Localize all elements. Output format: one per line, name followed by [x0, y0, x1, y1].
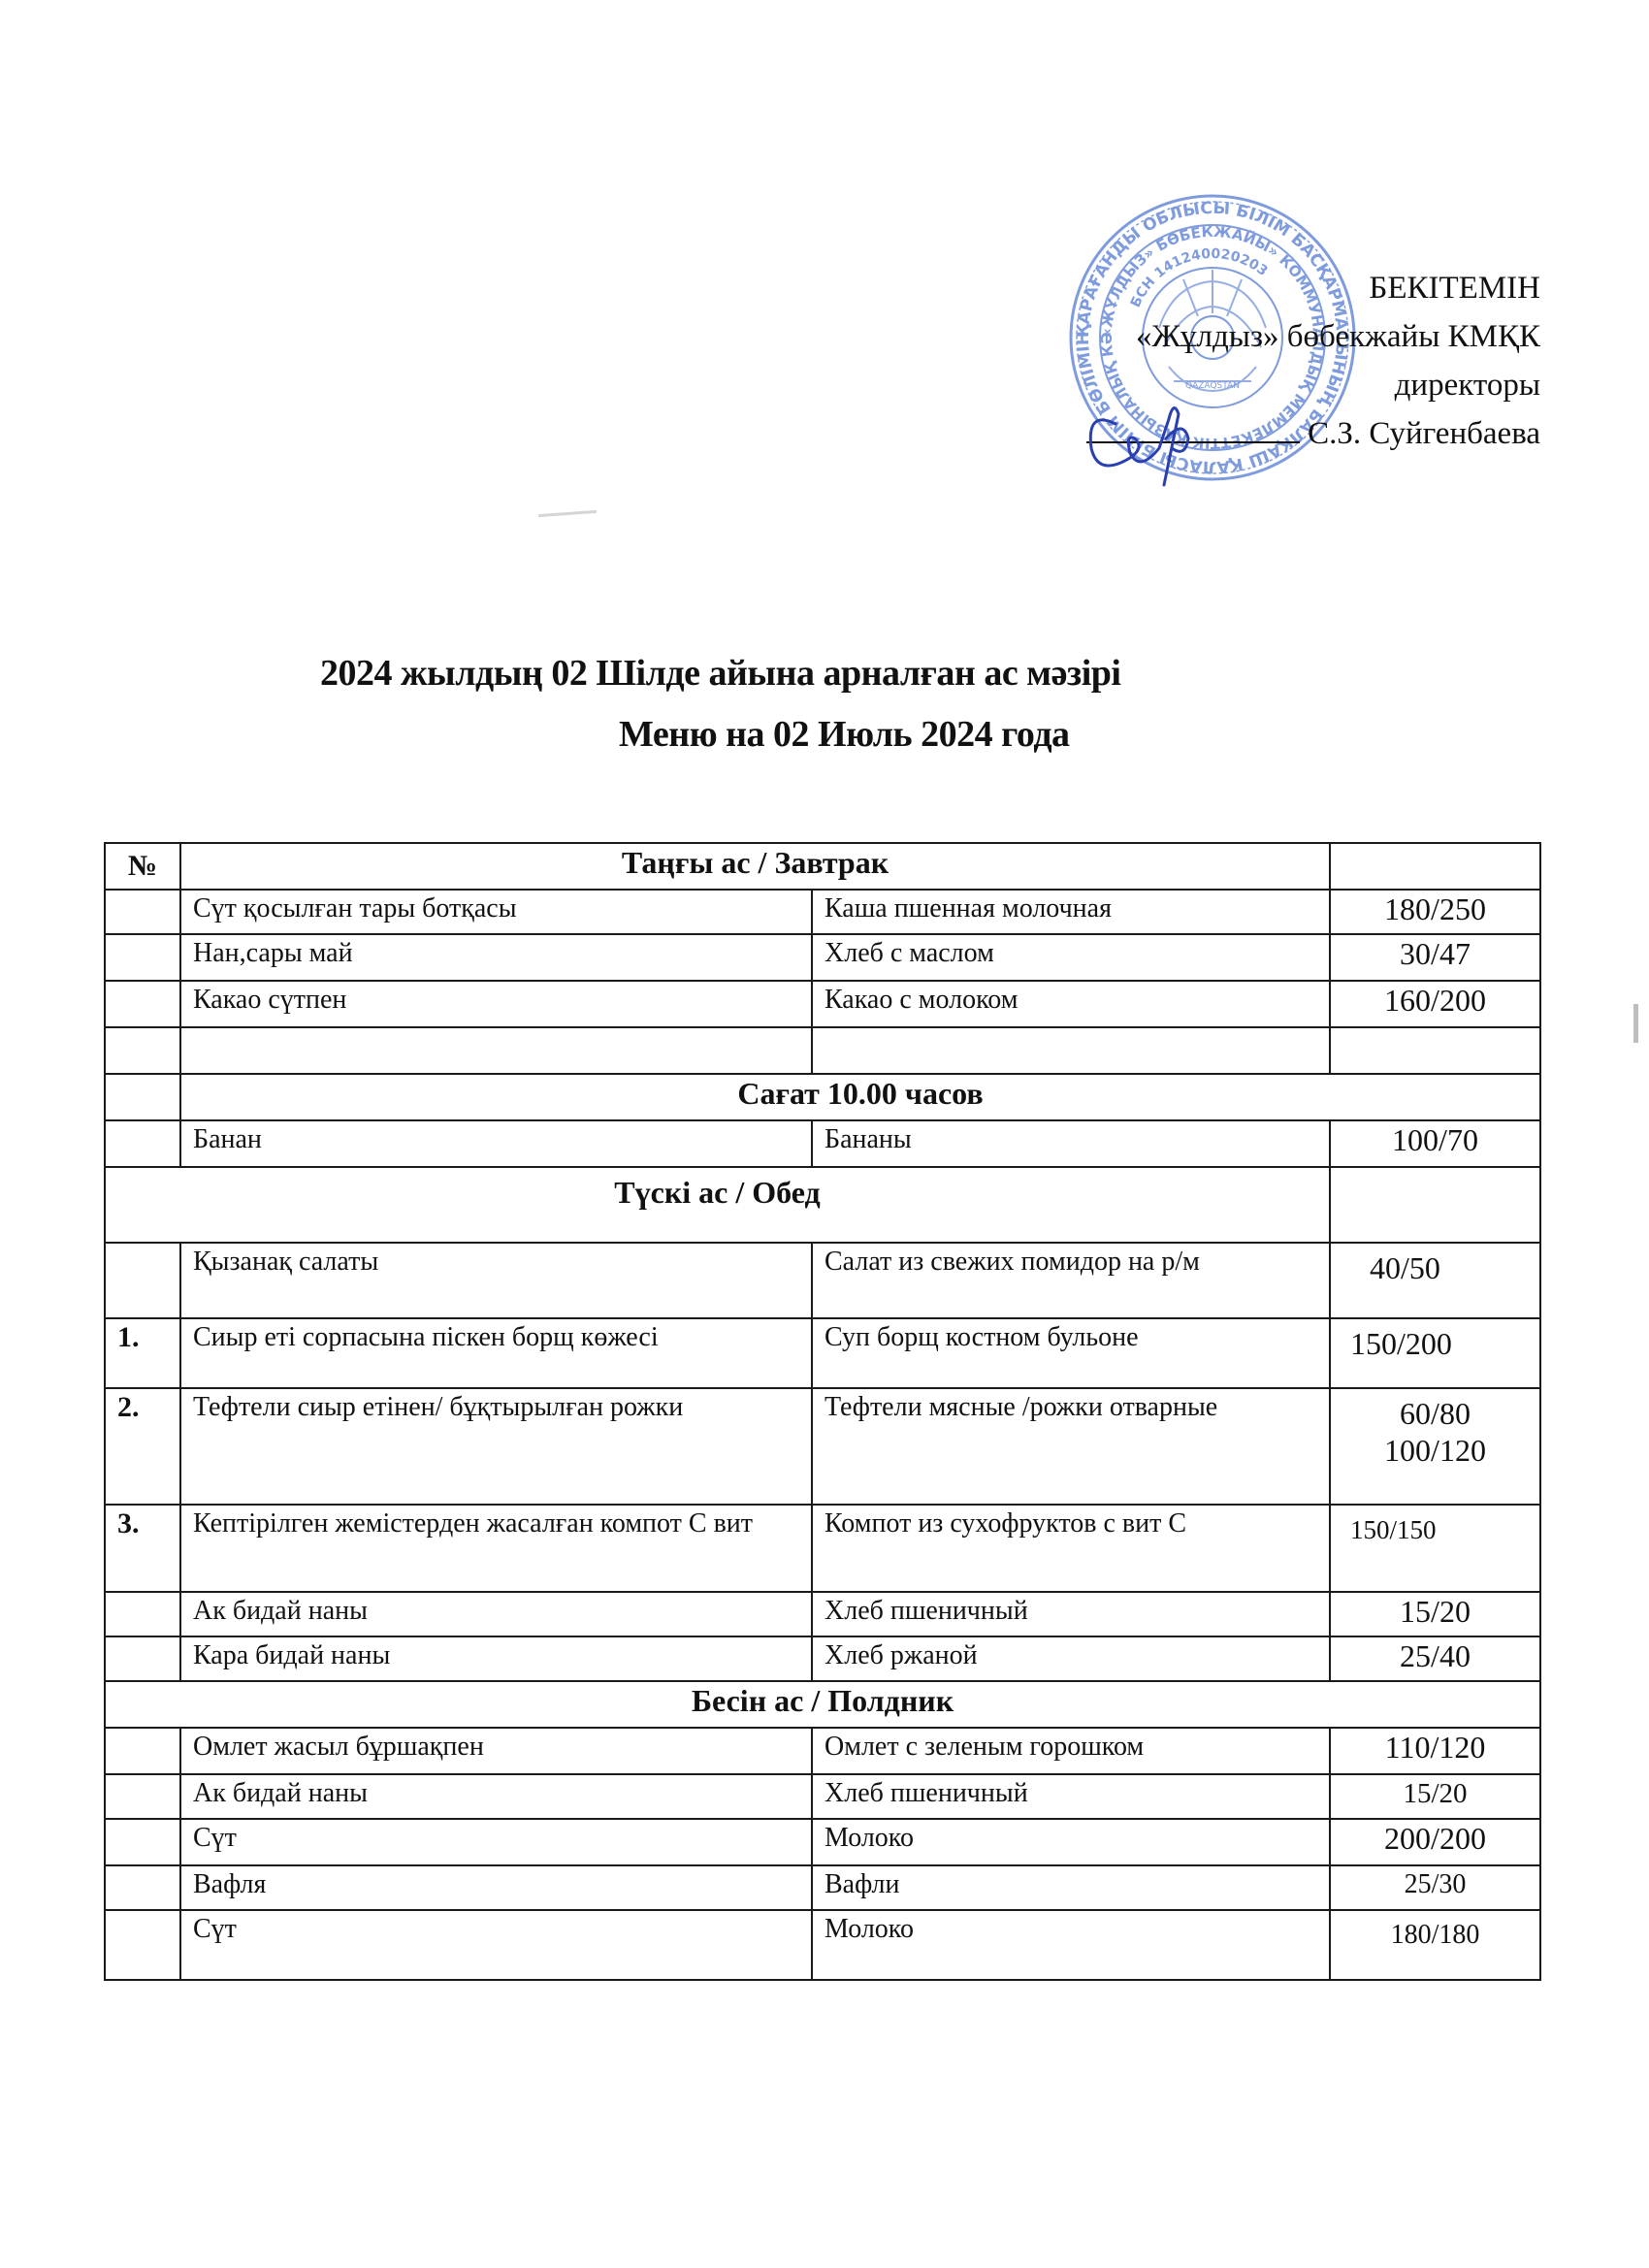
- dish-name-ru: Бананы: [812, 1120, 1330, 1167]
- portion: 25/30: [1330, 1865, 1540, 1910]
- dish-name-ru: Хлеб с маслом: [812, 934, 1330, 981]
- dish-name-kz: Вафля: [180, 1865, 812, 1910]
- row-number: [105, 1774, 180, 1819]
- row-number: [105, 1865, 180, 1910]
- section-header-snack: Сағат 10.00 часов: [105, 1074, 1540, 1120]
- dish-name-kz: Какао сүтпен: [180, 981, 812, 1027]
- dish-name-kz: Кара бидай наны: [180, 1636, 812, 1681]
- table-row: Омлет жасыл бұршақпен Омлет с зеленым го…: [105, 1728, 1540, 1774]
- dish-name-kz: Нан,сары май: [180, 934, 812, 981]
- portion: 110/120: [1330, 1728, 1540, 1774]
- row-number: [105, 1120, 180, 1167]
- dish-name-kz: Ак бидай наны: [180, 1592, 812, 1636]
- table-row: Қызанақ салаты Салат из свежих помидор н…: [105, 1243, 1540, 1318]
- section-header-breakfast: № Таңғы ас / Завтрак: [105, 843, 1540, 890]
- table-row-empty: [105, 1027, 1540, 1074]
- table-row: 1. Сиыр еті сорпасына піскен борщ көжесі…: [105, 1318, 1540, 1388]
- approval-organization: «Жұлдыз» бөбекжайы КМҚК: [1086, 312, 1540, 361]
- menu-table: № Таңғы ас / Завтрак Сүт қосылған тары б…: [104, 842, 1541, 1981]
- portion: 180/250: [1330, 890, 1540, 934]
- portion: 180/180: [1330, 1910, 1540, 1980]
- row-number: 3.: [105, 1505, 180, 1592]
- menu-title-ru: Меню на 02 Июль 2024 года: [0, 713, 1649, 756]
- portion: 15/20: [1330, 1592, 1540, 1636]
- dish-name-ru: [812, 1027, 1330, 1074]
- table-row: Нан,сары май Хлеб с маслом 30/47: [105, 934, 1540, 981]
- section-title: Бесін ас / Полдник: [105, 1681, 1540, 1728]
- table-row: Ак бидай наны Хлеб пшеничный 15/20: [105, 1774, 1540, 1819]
- dish-name-kz: [180, 1027, 812, 1074]
- dish-name-kz: Ак бидай наны: [180, 1774, 812, 1819]
- table-row: Ак бидай наны Хлеб пшеничный 15/20: [105, 1592, 1540, 1636]
- dish-name-ru: Вафли: [812, 1865, 1330, 1910]
- row-number: [105, 1027, 180, 1074]
- portion-cell: [1330, 843, 1540, 890]
- approval-heading: БЕКІТЕМІН: [1086, 264, 1540, 312]
- portion: 25/40: [1330, 1636, 1540, 1681]
- table-row: 3. Кептірілген жемістерден жасалған комп…: [105, 1505, 1540, 1592]
- dish-name-kz: Сүт қосылған тары ботқасы: [180, 890, 812, 934]
- dish-name-ru: Суп борщ костном бульоне: [812, 1318, 1330, 1388]
- table-row: Банан Бананы 100/70: [105, 1120, 1540, 1167]
- dish-name-kz: Қызанақ салаты: [180, 1243, 812, 1318]
- row-number: [105, 1592, 180, 1636]
- dish-name-ru: Хлеб пшеничный: [812, 1774, 1330, 1819]
- dish-name-kz: Сүт: [180, 1910, 812, 1980]
- dish-name-kz: Сиыр еті сорпасына піскен борщ көжесі: [180, 1318, 812, 1388]
- section-header-lunch: Түскі ас / Обед: [105, 1167, 1540, 1243]
- row-number: [105, 890, 180, 934]
- dish-name-ru: Молоко: [812, 1910, 1330, 1980]
- scan-mark: [538, 510, 597, 517]
- section-header-afternoon: Бесін ас / Полдник: [105, 1681, 1540, 1728]
- table-row: Сүт Молоко 180/180: [105, 1910, 1540, 1980]
- row-number: [105, 1910, 180, 1980]
- dish-name-kz: Кептірілген жемістерден жасалған компот …: [180, 1505, 812, 1592]
- table-row: Сүт қосылған тары ботқасы Каша пшенная м…: [105, 890, 1540, 934]
- table-row: Вафля Вафли 25/30: [105, 1865, 1540, 1910]
- section-title: Таңғы ас / Завтрак: [180, 843, 1330, 890]
- row-number: [105, 1819, 180, 1865]
- dish-name-kz: Сүт: [180, 1819, 812, 1865]
- dish-name-kz: Тефтели сиыр етінен/ бұқтырылған рожки: [180, 1388, 812, 1505]
- section-title: Сағат 10.00 часов: [180, 1074, 1540, 1120]
- row-number: [105, 934, 180, 981]
- portion: 150/150: [1330, 1505, 1540, 1592]
- portion-line: 60/80: [1342, 1395, 1528, 1432]
- dish-name-ru: Омлет с зеленым горошком: [812, 1728, 1330, 1774]
- menu-title-kz: 2024 жылдың 02 Шілде айына арналған ас м…: [0, 652, 1649, 695]
- portion: 40/50: [1330, 1243, 1540, 1318]
- portion: 200/200: [1330, 1819, 1540, 1865]
- portion-cell: [1330, 1167, 1540, 1243]
- portion: 60/80 100/120: [1330, 1388, 1540, 1505]
- row-number: [105, 1074, 180, 1120]
- signature-icon: [1077, 380, 1261, 487]
- dish-name-ru: Салат из свежих помидор на р/м: [812, 1243, 1330, 1318]
- dish-name-kz: Омлет жасыл бұршақпен: [180, 1728, 812, 1774]
- scan-mark: [1633, 1004, 1638, 1043]
- portion: [1330, 1027, 1540, 1074]
- row-number: 1.: [105, 1318, 180, 1388]
- dish-name-kz: Банан: [180, 1120, 812, 1167]
- dish-name-ru: Компот из сухофруктов с вит С: [812, 1505, 1330, 1592]
- portion: 150/200: [1330, 1318, 1540, 1388]
- table-row: 2. Тефтели сиыр етінен/ бұқтырылған рожк…: [105, 1388, 1540, 1505]
- section-title: Түскі ас / Обед: [105, 1167, 1330, 1243]
- dish-name-ru: Хлеб ржаной: [812, 1636, 1330, 1681]
- dish-name-ru: Молоко: [812, 1819, 1330, 1865]
- table-row: Кара бидай наны Хлеб ржаной 25/40: [105, 1636, 1540, 1681]
- signatory-name: С.З. Суйгенбаева: [1308, 416, 1540, 451]
- portion: 160/200: [1330, 981, 1540, 1027]
- dish-name-ru: Какао с молоком: [812, 981, 1330, 1027]
- table-row: Какао сүтпен Какао с молоком 160/200: [105, 981, 1540, 1027]
- row-number: [105, 1728, 180, 1774]
- row-number: 2.: [105, 1388, 180, 1505]
- portion-line: 100/120: [1342, 1432, 1528, 1469]
- row-number: [105, 1243, 180, 1318]
- portion: 100/70: [1330, 1120, 1540, 1167]
- dish-name-ru: Тефтели мясные /рожки отварные: [812, 1388, 1330, 1505]
- portion: 30/47: [1330, 934, 1540, 981]
- dish-name-ru: Хлеб пшеничный: [812, 1592, 1330, 1636]
- portion: 15/20: [1330, 1774, 1540, 1819]
- number-column-header: №: [105, 843, 180, 890]
- row-number: [105, 1636, 180, 1681]
- row-number: [105, 981, 180, 1027]
- table-row: Сүт Молоко 200/200: [105, 1819, 1540, 1865]
- dish-name-ru: Каша пшенная молочная: [812, 890, 1330, 934]
